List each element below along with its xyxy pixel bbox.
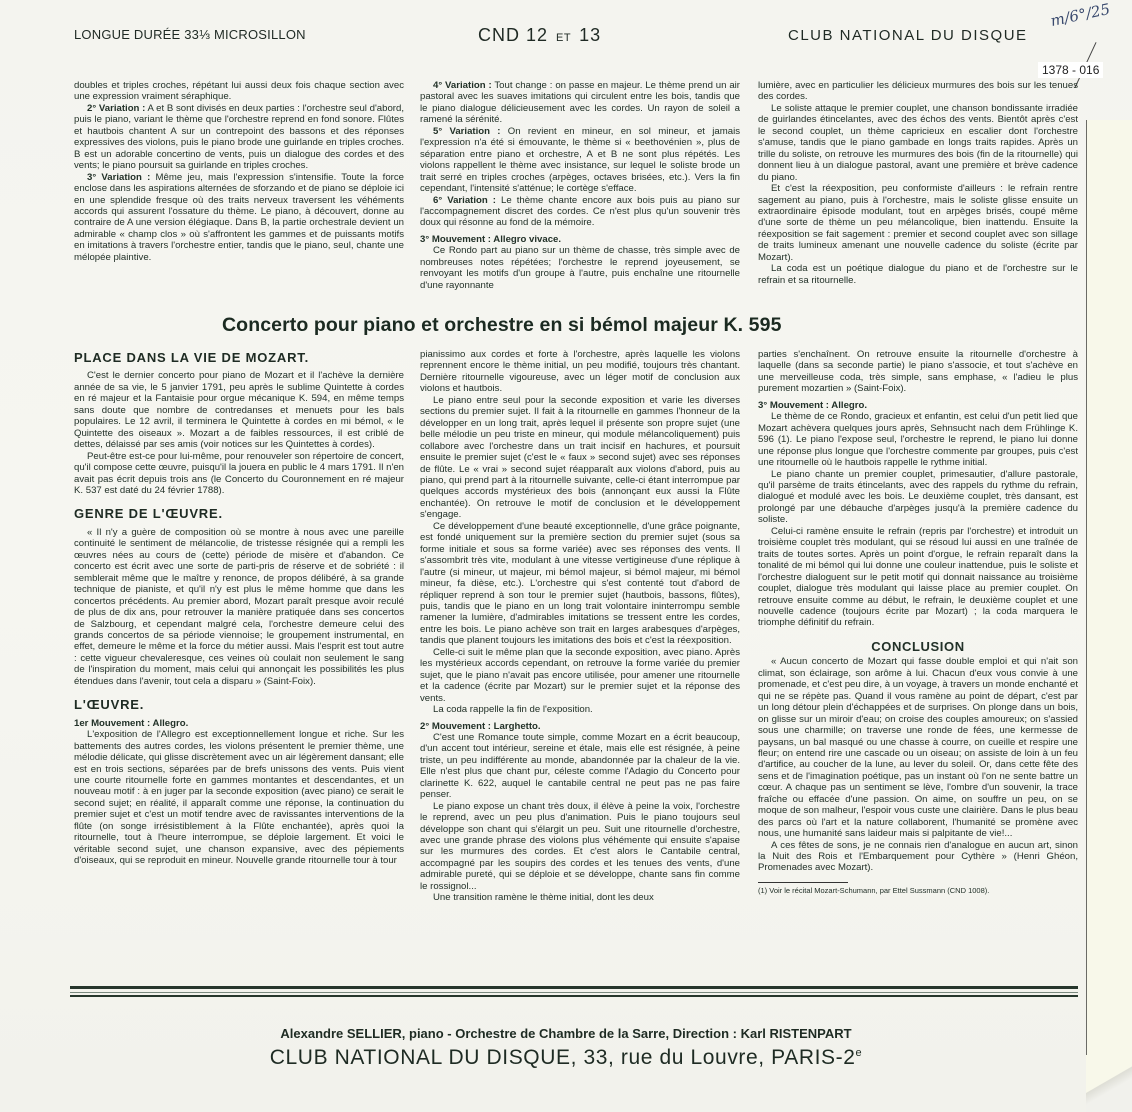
movement-heading: 1er Mouvement : Allegro. <box>74 718 404 729</box>
paragraph: Le piano entre seul pour la seconde expo… <box>420 395 740 521</box>
paragraph: Le piano expose un chant très doux, il é… <box>420 801 740 893</box>
bottom-column-1: PLACE DANS LA VIE DE MOZART.C'est le der… <box>74 352 404 867</box>
variation-label: 5° Variation : <box>433 126 500 137</box>
paragraph: Ce Rondo part au piano sur un thème de c… <box>420 245 740 291</box>
top-column-2: 4° Variation : Tout change : on passe en… <box>420 80 740 291</box>
catalog-number-sticker: 1378 - 016 <box>1038 62 1103 78</box>
paragraph: 4° Variation : Tout change : on passe en… <box>420 80 740 126</box>
sleeve-edge <box>1086 120 1132 1112</box>
paragraph: C'est le dernier concerto pour piano de … <box>74 370 404 450</box>
performers-credit: Alexandre SELLIER, piano - Orchestre de … <box>0 1026 1132 1041</box>
movement-heading: 3° Mouvement : Allegro. <box>758 400 1078 411</box>
paragraph: pianissimo aux cordes et forte à l'orche… <box>420 349 740 395</box>
top-column-1: doubles et triples croches, répétant lui… <box>74 80 404 263</box>
paragraph: Peut-être est-ce pour lui-même, pour ren… <box>74 451 404 497</box>
paragraph: parties s'enchaînent. On retrouve ensuit… <box>758 349 1078 395</box>
paragraph: Celle-ci suit le même plan que la second… <box>420 647 740 704</box>
paragraph: Le thème de ce Rondo, gracieux et enfant… <box>758 411 1078 468</box>
paragraph: doubles et triples croches, répétant lui… <box>74 80 404 103</box>
paragraph: Une transition ramène le thème initial, … <box>420 892 740 903</box>
paragraph: 2° Variation : A et B sont divisés en de… <box>74 103 404 172</box>
section-heading: L'ŒUVRE. <box>74 699 404 710</box>
handwritten-note: m/6°/25 <box>1049 0 1112 30</box>
concerto-title: Concerto pour piano et orchestre en si b… <box>222 314 912 337</box>
catalog-reference: CND 12ET13 <box>478 25 601 46</box>
variation-label: 2° Variation : <box>87 103 145 114</box>
footnote: (1) Voir le récital Mozart-Schumann, par… <box>758 886 1078 895</box>
format-label: LONGUE DURÉE 33⅓ MICROSILLON <box>74 27 306 42</box>
movement-heading: 3° Mouvement : Allegro vivace. <box>420 234 740 245</box>
paragraph: C'est une Romance toute simple, comme Mo… <box>420 732 740 801</box>
paragraph: L'exposition de l'Allegro est exceptionn… <box>74 729 404 866</box>
section-heading: GENRE DE L'ŒUVRE. <box>74 508 404 519</box>
paragraph: Ce développement d'une beauté exceptionn… <box>420 521 740 647</box>
paragraph: « Aucun concerto de Mozart qui fasse dou… <box>758 656 1078 839</box>
page-header: LONGUE DURÉE 33⅓ MICROSILLON CND 12ET13 … <box>0 27 1132 47</box>
paragraph: 5° Variation : On revient en mineur, en … <box>420 126 740 195</box>
footnote-rule <box>758 882 848 883</box>
top-column-3: lumière, avec en particulier les délicie… <box>758 80 1078 286</box>
footer-divider <box>70 986 1078 1000</box>
movement-heading: 2° Mouvement : Larghetto. <box>420 721 740 732</box>
paragraph: Le piano chante un premier couplet, prim… <box>758 469 1078 526</box>
variation-label: 4° Variation : <box>433 80 492 91</box>
paragraph: La coda est un poétique dialogue du pian… <box>758 263 1078 286</box>
paragraph: « Il n'y a guère de composition où se mo… <box>74 527 404 687</box>
paragraph: La coda rappelle la fin de l'exposition. <box>420 704 740 715</box>
bottom-column-3: parties s'enchaînent. On retrouve ensuit… <box>758 349 1078 895</box>
bottom-column-2: pianissimo aux cordes et forte à l'orche… <box>420 349 740 904</box>
paragraph: 6° Variation : Le thème chante encore au… <box>420 195 740 229</box>
paragraph: Celui-ci ramène ensuite le refrain (repr… <box>758 526 1078 629</box>
conclusion-heading: CONCLUSION <box>758 641 1078 652</box>
section-heading: PLACE DANS LA VIE DE MOZART. <box>74 352 404 363</box>
paragraph: Le soliste attaque le premier couplet, u… <box>758 103 1078 183</box>
publisher-address: CLUB NATIONAL DU DISQUE, 33, rue du Louv… <box>0 1046 1132 1070</box>
variation-label: 3° Variation : <box>87 172 150 183</box>
paragraph: Et c'est la réexposition, peu conformist… <box>758 183 1078 263</box>
paragraph: lumière, avec en particulier les délicie… <box>758 80 1078 103</box>
publisher-label: CLUB NATIONAL DU DISQUE <box>788 27 1028 44</box>
paragraph: 3° Variation : Même jeu, mais l'expressi… <box>74 172 404 264</box>
record-sleeve-back: LONGUE DURÉE 33⅓ MICROSILLON CND 12ET13 … <box>0 0 1132 1112</box>
variation-label: 6° Variation : <box>433 195 496 206</box>
paragraph: A ces fêtes de sons, je ne connais rien … <box>758 840 1078 874</box>
